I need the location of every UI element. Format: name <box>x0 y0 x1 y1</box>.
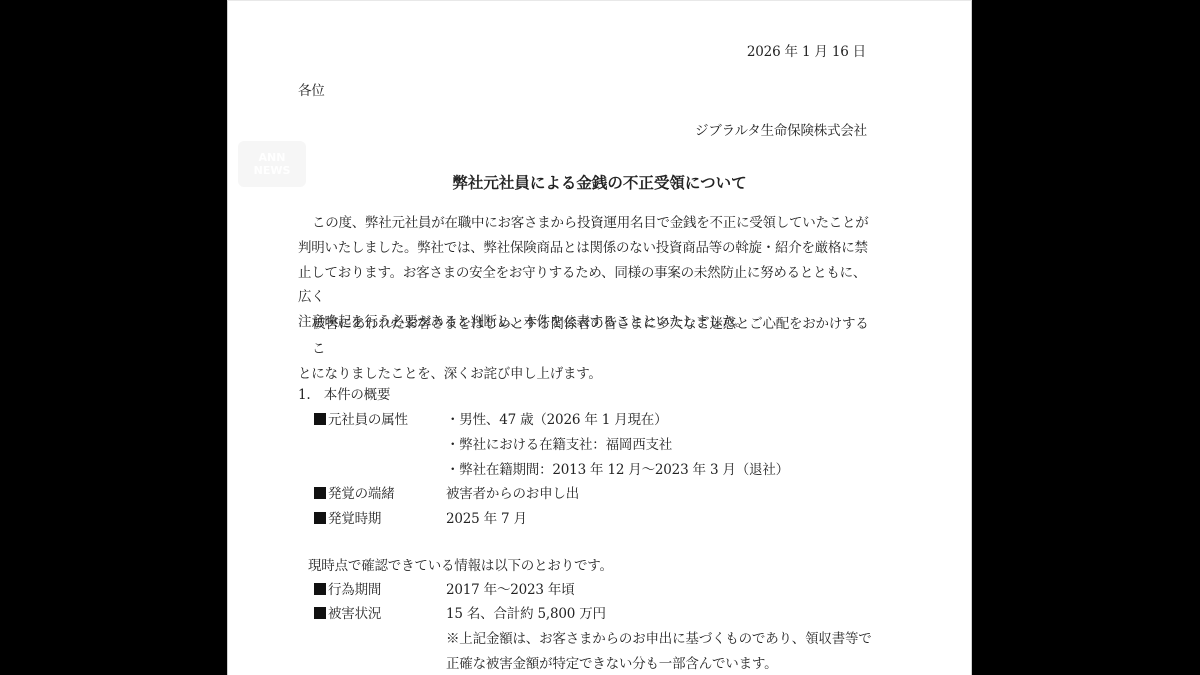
paragraph-line: 判明いたしました。弊社では、弊社保険商品とは関係のない投資商品等の斡旋・紹介を厳… <box>298 236 870 261</box>
paragraph-line: とになりましたことを、深くお詫び申し上げます。 <box>298 362 870 387</box>
company-name: ジブラルタ生命保険株式会社 <box>695 122 867 140</box>
item-value: ・男性、47 歳（2026 年 1 月現在） <box>446 411 667 429</box>
paragraph-line: この度、弊社元社員が在職中にお客さまから投資運用名目で金銭を不正に受領していたこ… <box>298 211 870 236</box>
addressee: 各位 <box>298 82 325 100</box>
item-label-period: 行為期間 <box>314 581 381 599</box>
item-note: ※上記金額は、お客さまからのお申出に基づくものであり、領収書等で <box>446 630 872 648</box>
item-note: 正確な被害金額が特定できない分も一部含んでいます。 <box>446 655 777 673</box>
item-value: 被害者からのお申し出 <box>446 485 579 503</box>
document-date: 2026 年 1 月 16 日 <box>747 43 866 61</box>
item-value: 2025 年 7 月 <box>446 510 527 528</box>
paragraph-line: 被害にあわれたお客さまをはじめとする関係者の皆さまに多大なご迷惑とご心配をおかけ… <box>298 312 870 362</box>
document-title: 弊社元社員による金銭の不正受領について <box>228 171 971 193</box>
item-label-attributes: 元社員の属性 <box>314 411 408 429</box>
item-label-discovery-trigger: 発覚の端緒 <box>314 485 395 503</box>
paragraph-apology: 被害にあわれたお客さまをはじめとする関係者の皆さまに多大なご迷惑とご心配をおかけ… <box>298 312 870 386</box>
square-bullet-icon <box>314 583 326 595</box>
item-value: 2017 年～2023 年頃 <box>446 581 575 599</box>
square-bullet-icon <box>314 413 326 425</box>
square-bullet-icon <box>314 607 326 619</box>
confirmed-info-intro: 現時点で確認できている情報は以下のとおりです。 <box>308 557 613 575</box>
square-bullet-icon <box>314 512 326 524</box>
item-value: ・弊社在籍期間：2013 年 12 月～2023 年 3 月（退社） <box>446 461 789 479</box>
item-label-discovery-date: 発覚時期 <box>314 510 381 528</box>
item-value: ・弊社における在籍支社：福岡西支社 <box>446 436 672 454</box>
watermark-line1: ANN <box>259 151 286 164</box>
square-bullet-icon <box>314 487 326 499</box>
document-page: ANN NEWS 2026 年 1 月 16 日 各位 ジブラルタ生命保険株式会… <box>227 0 972 675</box>
item-value: 15 名、合計約 5,800 万円 <box>446 605 606 623</box>
paragraph-line: 止しております。お客さまの安全をお守りするため、同様の事案の未然防止に努めるとと… <box>298 261 870 311</box>
item-label-damage: 被害状況 <box>314 605 381 623</box>
section-heading-overview: 1. 本件の概要 <box>298 386 390 404</box>
